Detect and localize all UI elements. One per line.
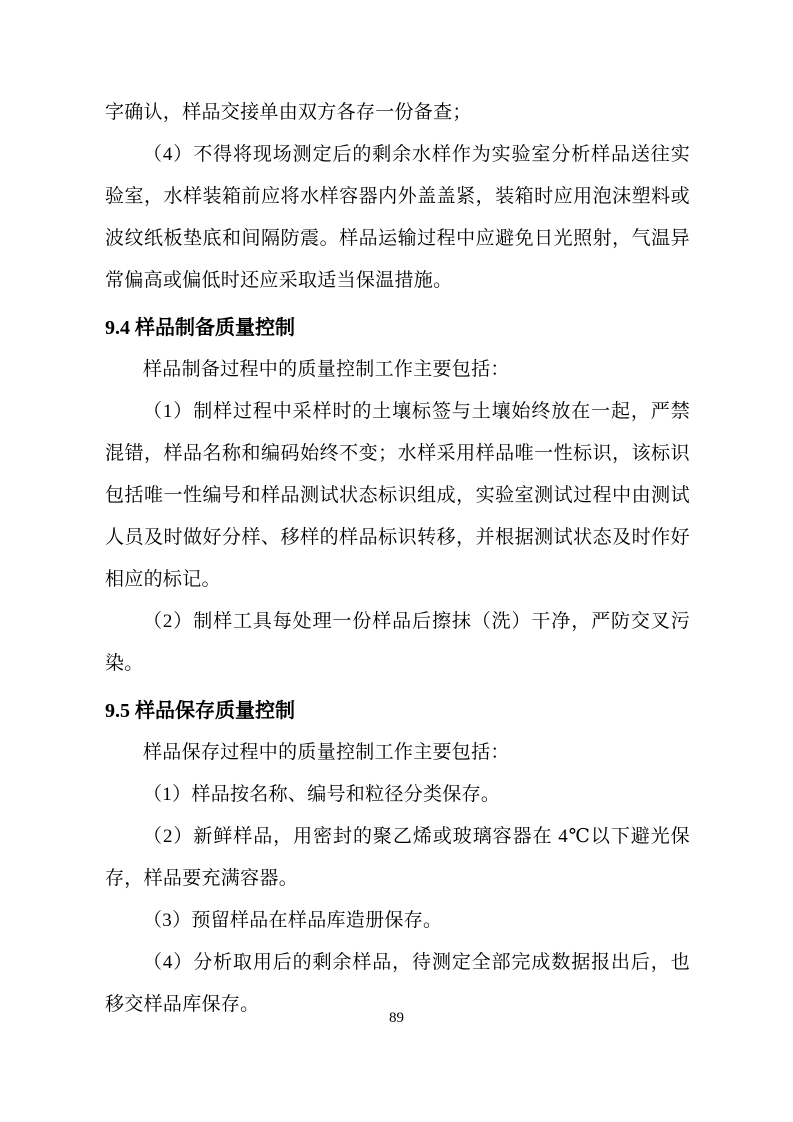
paragraph: 字确认，样品交接单由双方各存一份备查； — [105, 92, 690, 134]
document-content: 字确认，样品交接单由双方各存一份备查；（4）不得将现场测定后的剩余水样作为实验室… — [105, 92, 690, 1026]
section-heading: 9.4 样品制备质量控制 — [105, 307, 690, 349]
paragraph: （4）不得将现场测定后的剩余水样作为实验室分析样品送往实验室，水样装箱前应将水样… — [105, 134, 690, 302]
paragraph: 样品制备过程中的质量控制工作主要包括： — [105, 349, 690, 391]
page-number: 89 — [0, 1008, 793, 1028]
paragraph: 样品保存过程中的质量控制工作主要包括： — [105, 732, 690, 774]
paragraph: （3）预留样品在样品库造册保存。 — [105, 900, 690, 942]
document-page: 字确认，样品交接单由双方各存一份备查；（4）不得将现场测定后的剩余水样作为实验室… — [0, 0, 793, 1122]
paragraph: （2）制样工具每处理一份样品后擦抹（洗）干净，严防交叉污染。 — [105, 601, 690, 685]
paragraph: （2）新鲜样品，用密封的聚乙烯或玻璃容器在 4℃以下避光保存，样品要充满容器。 — [105, 816, 690, 900]
paragraph: （1）样品按名称、编号和粒径分类保存。 — [105, 774, 690, 816]
section-heading: 9.5 样品保存质量控制 — [105, 690, 690, 732]
paragraph: （1）制样过程中采样时的土壤标签与土壤始终放在一起，严禁混错，样品名称和编码始终… — [105, 391, 690, 601]
